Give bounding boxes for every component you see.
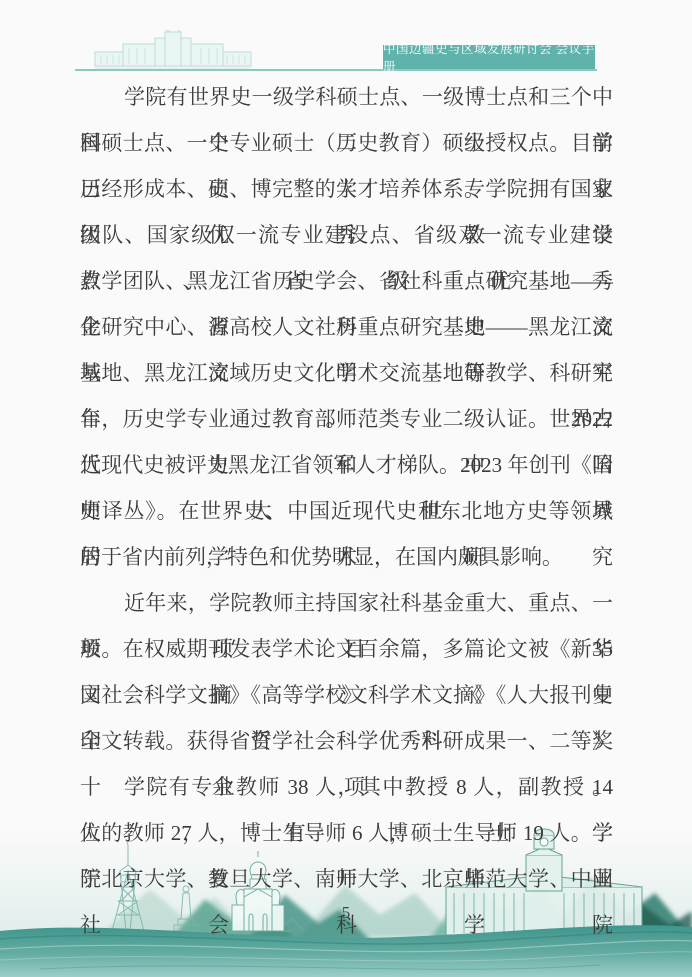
campus-building-icon [93,30,253,70]
text-line: 居于省内前列，特色和优势明显，在国内颇具影响。 [80,534,613,580]
header-badge: 中国边疆史与区域发展研讨会 会议手册 [383,45,595,69]
text-line: 位的教师 27 人，博士生导师 6 人，硕士生导师 19 人。学院教师毕业 [80,810,613,856]
paragraph: 学院有世界史一级学科硕士点、一级博士点和三个中国史二级学 科硕士点、一个专业硕士… [80,74,613,580]
text-line: 史译丛》。在世界史、中国近现代史和东北地方史等领域的学术研究 [80,488,613,534]
page-body: 学院有世界史一级学科硕士点、一级博士点和三个中国史二级学 科硕士点、一个专业硕士… [80,74,613,902]
text-line: 化研究中心、省高校人文社科重点研究基地——黑龙江流域文明研究 [80,304,613,350]
handbook-page: 中国边疆史与区域发展研讨会 会议手册 [0,0,692,977]
text-line: 项。在权威期刊发表学术论文百余篇，多篇论文被《新华文摘》《中 [80,626,613,672]
page-number: 5 [0,903,692,923]
text-line: 教学团队、黑龙江省历史学会、省社科重点研究基地——金源历史文 [80,258,613,304]
text-line: 已经形成本、硕、博完整的人才培养体系。学院拥有国家级优秀教学 [80,166,613,212]
text-line: 于北京大学、复旦大学、南开大学、北京师范大学、中国社会科学院 [80,856,613,902]
text-line: 团队、国家级双一流专业建设点、省级双一流专业建设点、省级优秀 [80,212,613,258]
text-line: 科硕士点、一个专业硕士（历史教育）硕士授权点。目前历史学专业 [80,120,613,166]
text-line: 年，历史学专业通过教育部师范类专业二级认证。世界古代史和中国 [80,396,613,442]
text-line: 近现代史被评为黑龙江省领军人才梯队。2023 年创刊《哈师大世界 [80,442,613,488]
text-line: 国社会科学文摘》《高等学校文科学术文摘》《人大报刊复印资料》 [80,672,613,718]
paragraph: 近年来，学院教师主持国家社科基金重大、重点、一般项目 35 项。在权威期刊发表学… [80,580,613,764]
text-line: 基地、黑龙江流域历史文化学术交流基地等教学、科研平台。2022 [80,350,613,396]
text-line: 学院有世界史一级学科硕士点、一级博士点和三个中国史二级学 [80,74,613,120]
text-line: 全文转载。获得省哲学社会科学优秀科研成果一、二等奖十余项 。 [80,718,613,764]
paragraph: 学院有专业教师 38 人，其中教授 8 人，副教授 14 人，有博士学 位的教师… [80,764,613,902]
text-line: 学院有专业教师 38 人，其中教授 8 人，副教授 14 人，有博士学 [80,764,613,810]
text-line: 近年来，学院教师主持国家社科基金重大、重点、一般项目 35 [80,580,613,626]
